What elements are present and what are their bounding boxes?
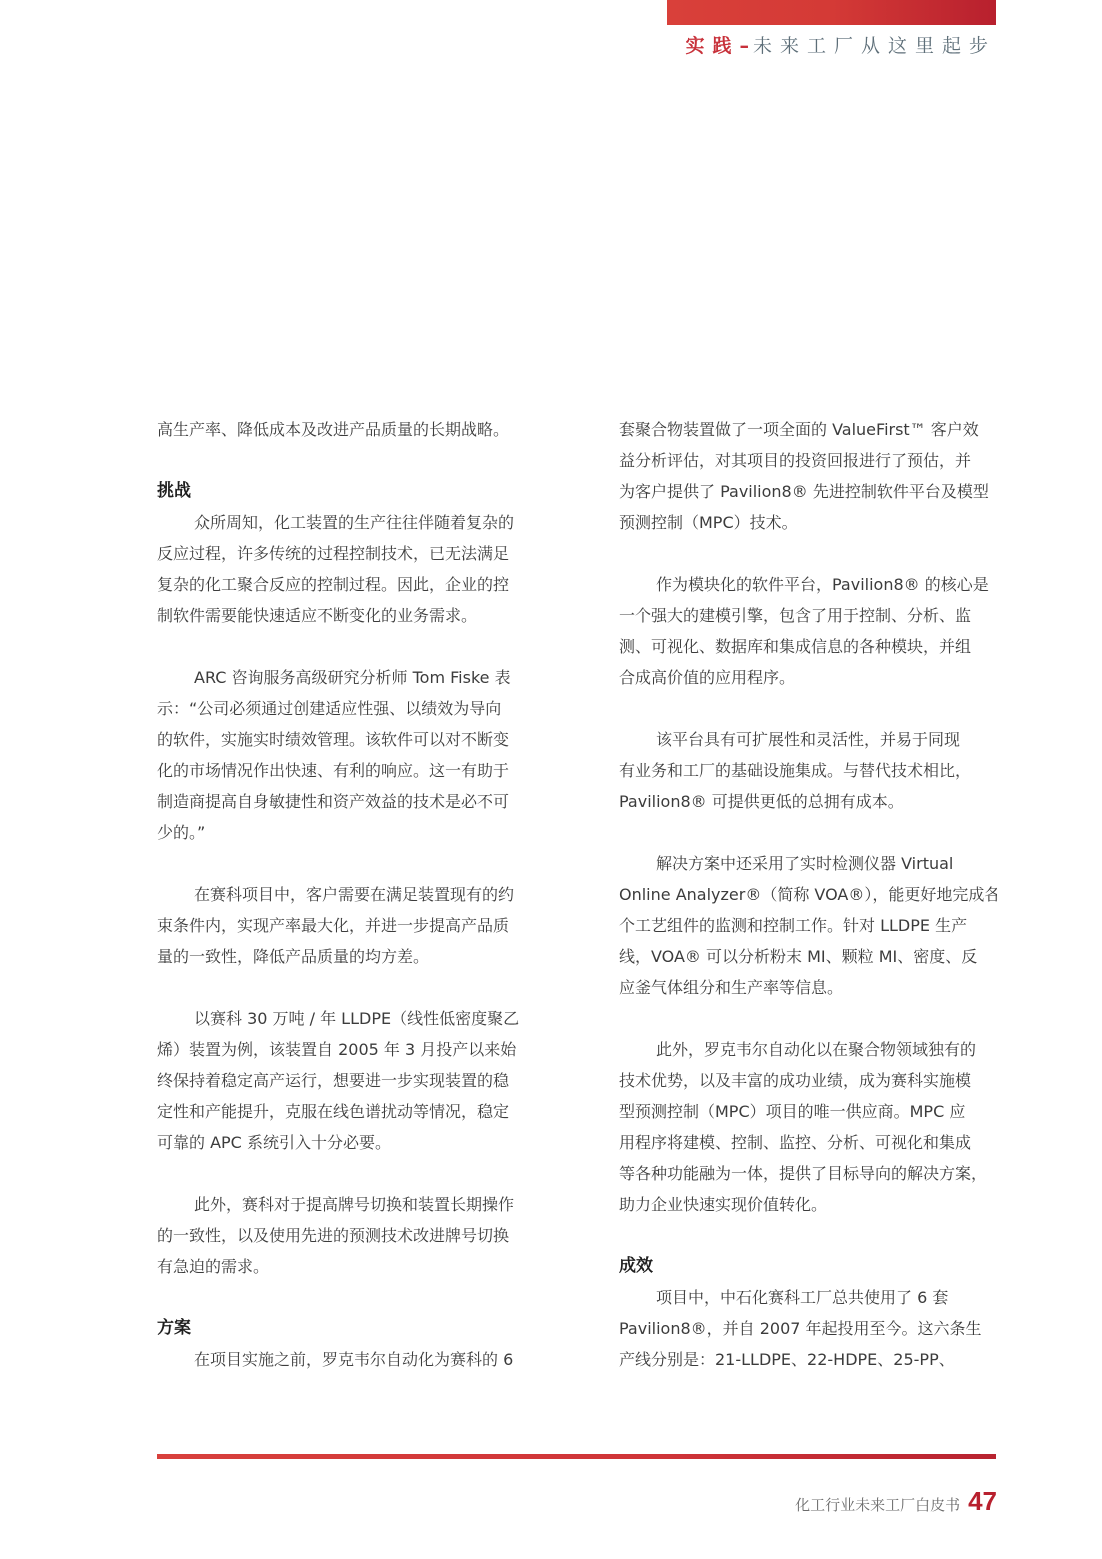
text-line: 众所周知，化工装置的生产往往伴随着复杂的 — [157, 507, 535, 538]
text-line: 终保持着稳定高产运行，想要进一步实现装置的稳 — [157, 1065, 535, 1096]
text-line: 可靠的 APC 系统引入十分必要。 — [157, 1127, 535, 1158]
heading-solution: 方案 — [157, 1313, 535, 1344]
text-line: 反应过程，许多传统的过程控制技术，已无法满足 — [157, 538, 535, 569]
text-line: 预测控制（MPC）技术。 — [619, 507, 997, 538]
paragraph-intro-continuation: 高生产率、降低成本及改进产品质量的长期战略。 — [157, 414, 535, 445]
text-line: 型预测控制（MPC）项目的唯一供应商。MPC 应 — [619, 1096, 997, 1127]
paragraph-scalability: 该平台具有可扩展性和灵活性，并易于同现 有业务和工厂的基础设施集成。与替代技术相… — [619, 724, 997, 817]
text-line: 高生产率、降低成本及改进产品质量的长期战略。 — [157, 414, 535, 445]
right-text-column: 套聚合物装置做了一项全面的 ValueFirst™ 客户效 益分析评估，对其项目… — [619, 414, 997, 1375]
text-line: 个工艺组件的监测和控制工作。针对 LLDPE 生产 — [619, 910, 997, 941]
paragraph-solution-1: 在项目实施之前，罗克韦尔自动化为赛科的 6 — [157, 1344, 535, 1375]
text-line: 束条件内，实现产率最大化，并进一步提高产品质 — [157, 910, 535, 941]
footer: 化工行业未来工厂白皮书 47 — [795, 1486, 997, 1517]
text-line: 少的。” — [157, 817, 535, 848]
page-number: 47 — [968, 1486, 997, 1517]
text-line: 测、可视化、数据库和集成信息的各种模块，并组 — [619, 631, 997, 662]
text-line: 线，VOA® 可以分析粉末 MI、颗粒 MI、密度、反 — [619, 941, 997, 972]
text-line: 定性和产能提升，克服在线色谱扰动等情况，稳定 — [157, 1096, 535, 1127]
text-line: 在赛科项目中，客户需要在满足装置现有的约 — [157, 879, 535, 910]
text-line: 的一致性，以及使用先进的预测技术改进牌号切换 — [157, 1220, 535, 1251]
publication-title: 化工行业未来工厂白皮书 — [795, 1494, 960, 1515]
text-line: 等各种功能融为一体，提供了目标导向的解决方案， — [619, 1158, 997, 1189]
text-line: 示：“公司必须通过创建适应性强、以绩效为导向 — [157, 693, 535, 724]
text-line: 此外，赛科对于提高牌号切换和装置长期操作 — [157, 1189, 535, 1220]
text-line: 应釜气体组分和生产率等信息。 — [619, 972, 997, 1003]
paragraph-grade-switch: 此外，赛科对于提高牌号切换和装置长期操作 的一致性，以及使用先进的预测技术改进牌… — [157, 1189, 535, 1282]
paragraph-arc-quote: ARC 咨询服务高级研究分析师 Tom Fiske 表 示：“公司必须通过创建适… — [157, 662, 535, 848]
text-line: Pavilion8® 可提供更低的总拥有成本。 — [619, 786, 997, 817]
text-line: Online Analyzer®（简称 VOA®），能更好地完成各 — [619, 879, 997, 910]
paragraph-valuefirst: 套聚合物装置做了一项全面的 ValueFirst™ 客户效 益分析评估，对其项目… — [619, 414, 997, 538]
text-line: 产线分别是：21-LLDPE、22-HDPE、25-PP、 — [619, 1344, 997, 1375]
paragraph-customer-needs: 在赛科项目中，客户需要在满足装置现有的约 束条件内，实现产率最大化，并进一步提高… — [157, 879, 535, 972]
section-header-subtitle: 未来工厂从这里起步 — [753, 35, 996, 57]
text-line: 解决方案中还采用了实时检测仪器 Virtual — [619, 848, 997, 879]
paragraph-challenge-1: 众所周知，化工装置的生产往往伴随着复杂的 反应过程，许多传统的过程控制技术，已无… — [157, 507, 535, 631]
text-line: 制造商提高自身敏捷性和资产效益的技术是必不可 — [157, 786, 535, 817]
heading-challenge: 挑战 — [157, 476, 535, 507]
section-header-title: 实践–未来工厂从这里起步 — [685, 34, 996, 58]
paragraph-voa: 解决方案中还采用了实时检测仪器 Virtual Online Analyzer®… — [619, 848, 997, 1003]
text-line: 一个强大的建模引擎，包含了用于控制、分析、监 — [619, 600, 997, 631]
text-line: 作为模块化的软件平台，Pavilion8® 的核心是 — [619, 569, 997, 600]
text-line: 套聚合物装置做了一项全面的 ValueFirst™ 客户效 — [619, 414, 997, 445]
text-line: 烯）装置为例，该装置自 2005 年 3 月投产以来始 — [157, 1034, 535, 1065]
header-red-band — [667, 0, 996, 25]
text-line: 量的一致性，降低产品质量的均方差。 — [157, 941, 535, 972]
text-line: 在项目实施之前，罗克韦尔自动化为赛科的 6 — [157, 1344, 535, 1375]
text-line: 益分析评估，对其项目的投资回报进行了预估，并 — [619, 445, 997, 476]
text-line: 化的市场情况作出快速、有利的响应。这一有助于 — [157, 755, 535, 786]
text-line: 有急迫的需求。 — [157, 1251, 535, 1282]
text-line: 复杂的化工聚合反应的控制过程。因此，企业的控 — [157, 569, 535, 600]
text-line: ARC 咨询服务高级研究分析师 Tom Fiske 表 — [157, 662, 535, 693]
paragraph-pavilion-platform: 作为模块化的软件平台，Pavilion8® 的核心是 一个强大的建模引擎，包含了… — [619, 569, 997, 693]
heading-results: 成效 — [619, 1251, 997, 1282]
paragraph-lldpe-example: 以赛科 30 万吨 / 年 LLDPE（线性低密度聚乙 烯）装置为例，该装置自 … — [157, 1003, 535, 1158]
text-line: 用程序将建模、控制、监控、分析、可视化和集成 — [619, 1127, 997, 1158]
footer-divider — [157, 1454, 996, 1459]
text-line: 以赛科 30 万吨 / 年 LLDPE（线性低密度聚乙 — [157, 1003, 535, 1034]
paragraph-mpc-supplier: 此外，罗克韦尔自动化以在聚合物领域独有的 技术优势，以及丰富的成功业绩，成为赛科… — [619, 1034, 997, 1220]
text-line: 的软件，实施实时绩效管理。该软件可以对不断变 — [157, 724, 535, 755]
text-line: 为客户提供了 Pavilion8® 先进控制软件平台及模型 — [619, 476, 997, 507]
text-line: 有业务和工厂的基础设施集成。与替代技术相比， — [619, 755, 997, 786]
text-line: 合成高价值的应用程序。 — [619, 662, 997, 693]
text-line: 助力企业快速实现价值转化。 — [619, 1189, 997, 1220]
text-line: 技术优势，以及丰富的成功业绩，成为赛科实施模 — [619, 1065, 997, 1096]
section-header-accent: 实践 — [685, 35, 739, 57]
text-line: Pavilion8®，并自 2007 年起投用至今。这六条生 — [619, 1313, 997, 1344]
text-line: 项目中，中石化赛科工厂总共使用了 6 套 — [619, 1282, 997, 1313]
paragraph-results-1: 项目中，中石化赛科工厂总共使用了 6 套 Pavilion8®，并自 2007 … — [619, 1282, 997, 1375]
left-text-column: 高生产率、降低成本及改进产品质量的长期战略。 挑战 众所周知，化工装置的生产往往… — [157, 414, 535, 1375]
section-header-dash: – — [739, 35, 753, 57]
text-line: 此外，罗克韦尔自动化以在聚合物领域独有的 — [619, 1034, 997, 1065]
text-line: 该平台具有可扩展性和灵活性，并易于同现 — [619, 724, 997, 755]
text-line: 制软件需要能快速适应不断变化的业务需求。 — [157, 600, 535, 631]
